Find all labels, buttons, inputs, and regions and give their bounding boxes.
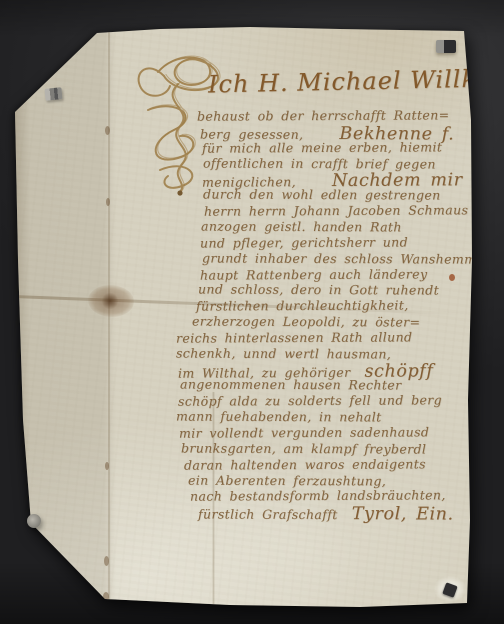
manuscript-text-segment: herrn herrn Johann Jacoben Schmaus: [204, 204, 468, 218]
manuscript-line: mann fuehabenden, in nehalt: [176, 411, 382, 424]
manuscript-line: mir vollendt vergunden sadenhausd: [179, 426, 429, 440]
manuscript-text-segment: grundt inhaber des schloss Wanshemm: [202, 252, 476, 266]
manuscript-text-segment: nach bestandsformb landsbräuchten,: [190, 490, 446, 504]
manuscript-text-segment: fürstlichen durchleuchtigkheit,: [196, 300, 409, 314]
manuscript-line: fürstlichen durchleuchtigkheit,: [196, 300, 409, 314]
manuscript-line: ein Aberenten ferzaushtung,: [188, 474, 386, 487]
manuscript-text-segment: ein Aberenten ferzaushtung,: [188, 474, 386, 487]
manuscript-page: Ich H. Michael Willkhenn behaust ob der …: [0, 0, 504, 624]
manuscript-text-segment: schöpf alda zu solderts fell und berg: [178, 395, 442, 409]
manuscript-line: angenommenen hausen Rechter: [180, 379, 402, 392]
manuscript-text-segment: schenkh, unnd wertl hausman,: [176, 347, 391, 360]
metal-pin-icon: [27, 514, 41, 528]
metal-pin-icon: [44, 87, 62, 101]
manuscript-line: grundt inhaber des schloss Wanshemm: [202, 252, 476, 266]
manuscript-text-segment: Tyrol, Ein.: [352, 506, 454, 524]
manuscript-page-shadow: Ich H. Michael Willkhenn behaust ob der …: [0, 0, 504, 624]
manuscript-text-segment: mir vollendt vergunden sadenhausd: [179, 426, 429, 440]
manuscript-text-segment: offentlichen in crafft brief gegen: [203, 157, 436, 171]
manuscript-line: für mich alle meine erben, hiemit: [202, 141, 442, 155]
manuscript-line: daran haltenden waros endaigents: [184, 458, 426, 472]
manuscript-text-segment: reichs hinterlassenen Rath allund: [176, 331, 412, 345]
manuscript-text-segment: anzogen geistl. handen Rath: [201, 220, 402, 233]
manuscript-text-segment: behaust ob der herrschafft Ratten=: [197, 109, 450, 123]
manuscript-line: und pfleger, gerichtsherr und: [200, 236, 408, 250]
manuscript-text-segment: haupt Rattenberg auch länderey: [200, 268, 427, 282]
manuscript-text-block: behaust ob der herrschafft Ratten=berg g…: [0, 0, 504, 624]
manuscript-line: reichs hinterlassenen Rath allund: [176, 331, 412, 345]
manuscript-line: offentlichen in crafft brief gegen: [203, 157, 436, 171]
manuscript-text-segment: durch den wohl edlen gestrengen: [203, 189, 441, 203]
manuscript-line: nach bestandsformb landsbräuchten,: [190, 490, 446, 504]
manuscript-line: brunksgarten, am klampf freyberdl: [181, 442, 426, 456]
manuscript-text-segment: und pfleger, gerichtsherr und: [200, 236, 408, 250]
manuscript-text-segment: angenommenen hausen Rechter: [180, 379, 402, 392]
manuscript-text-segment: mann fuehabenden, in nehalt: [176, 411, 382, 424]
manuscript-text-segment: und schloss, dero in Gott ruhendt: [198, 284, 439, 298]
manuscript-line: haupt Rattenberg auch länderey: [200, 268, 427, 282]
metal-pin-icon: [436, 40, 456, 53]
manuscript-line: durch den wohl edlen gestrengen: [203, 189, 441, 203]
manuscript-line: behaust ob der herrschafft Ratten=: [197, 109, 450, 123]
manuscript-line: anzogen geistl. handen Rath: [201, 220, 402, 233]
manuscript-line: und schloss, dero in Gott ruhendt: [198, 284, 439, 298]
manuscript-line: schöpf alda zu solderts fell und berg: [178, 395, 442, 409]
manuscript-text-segment: brunksgarten, am klampf freyberdl: [181, 442, 426, 456]
manuscript-line: schenkh, unnd wertl hausman,: [176, 347, 391, 360]
manuscript-text-segment: daran haltenden waros endaigents: [184, 458, 426, 472]
photograph-background: Ich H. Michael Willkhenn behaust ob der …: [0, 0, 504, 624]
manuscript-line: herrn herrn Johann Jacoben Schmaus: [204, 204, 468, 218]
manuscript-text-segment: fürstlich Grafschafft: [198, 509, 338, 522]
manuscript-text-segment: für mich alle meine erben, hiemit: [202, 141, 442, 155]
manuscript-line: erzherzogen Leopoldi, zu öster=: [192, 316, 420, 329]
manuscript-text-segment: erzherzogen Leopoldi, zu öster=: [192, 316, 420, 329]
manuscript-line: fürstlich GrafschafftTyrol, Ein.: [198, 506, 454, 525]
